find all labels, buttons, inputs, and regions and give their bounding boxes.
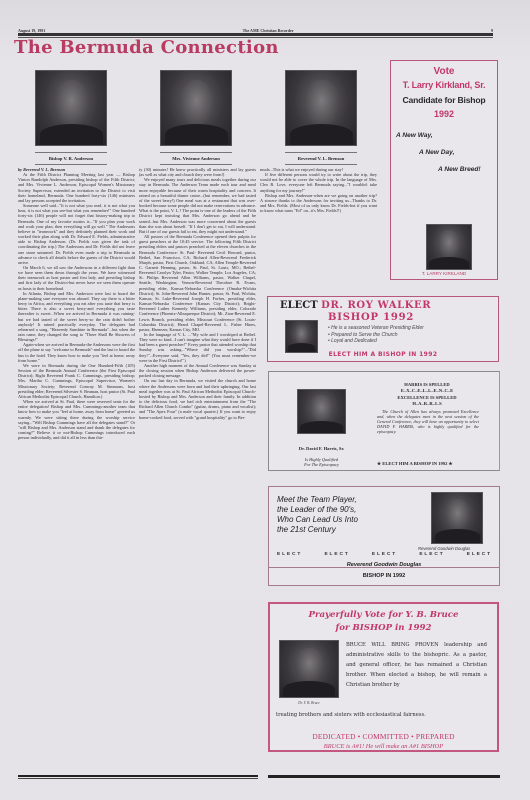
elect-label: ELECT bbox=[280, 300, 318, 311]
ad-tagline: DEDICATED • COMMITTED • PREPARED bbox=[270, 732, 497, 741]
candidate-photo bbox=[426, 224, 472, 270]
ad-slogan: BRUCE is A#1! He will make an A#1 BISHOP bbox=[270, 743, 497, 750]
ad-footer: ELECT HIM A BISHOP IN 1992 bbox=[268, 351, 498, 358]
headline-line: H–A–R–R–I–S bbox=[377, 401, 477, 407]
elect-label: ELECT bbox=[419, 552, 444, 557]
candidate-title: Candidate for Bishop bbox=[391, 95, 497, 105]
headline-line: Who Can Lead Us Into bbox=[277, 515, 358, 525]
photo-vivienne-anderson bbox=[160, 70, 232, 146]
ad-headline: HARRIS IS SPELLED E–X–C–E–L–L–E–N–C–E EX… bbox=[377, 382, 477, 407]
election-year: 1992 bbox=[391, 109, 497, 119]
paragraph: On March 6, we all saw the Andersons in … bbox=[18, 265, 135, 291]
candidate-name: T. Larry Kirkland, Sr. bbox=[391, 80, 497, 90]
list-item: Loyal and Dedicated bbox=[328, 338, 424, 345]
headline-line: for BISHOP in 1992 bbox=[270, 622, 497, 635]
candidate-photo bbox=[431, 492, 483, 544]
ad-headline: Prayerfully Vote for Y. B. Bruce for BIS… bbox=[270, 609, 497, 635]
headline-line: the Leader of the 90's, bbox=[277, 505, 358, 515]
ad-footer: BISHOP IN 1992 bbox=[269, 573, 499, 579]
qualifications-list: He is a seasoned Veteran Presiding Elder… bbox=[328, 325, 424, 345]
footer-rule-thin bbox=[18, 778, 258, 779]
photo-caption: Reverend V. L. Brenson bbox=[285, 152, 357, 165]
qualification-line: For The Episcopacy bbox=[269, 462, 374, 467]
paragraph: We enjoyed many tours and delicious meal… bbox=[139, 177, 256, 234]
ad-bruce: Prayerfully Vote for Y. B. Bruce for BIS… bbox=[268, 602, 499, 752]
photo-bishop-anderson bbox=[35, 70, 107, 146]
qualification-note: Is Highly Qualified For The Episcopacy bbox=[269, 457, 374, 467]
photo-caption: Bishop V. R. Anderson bbox=[35, 152, 107, 165]
candidate-photo bbox=[297, 389, 346, 434]
ad-vote-heading: Vote bbox=[391, 66, 497, 77]
paragraph: We were in Bermuda during the One Hundre… bbox=[18, 363, 135, 399]
candidate-name: Dr. David F. Harris, Sr. bbox=[269, 446, 374, 451]
photo-caption: Mrs. Vivienne Anderson bbox=[160, 152, 232, 165]
photo-caption: T. LARRY KIRKLAND bbox=[391, 271, 497, 276]
headline-line: Prayerfully Vote for Y. B. Bruce bbox=[270, 609, 497, 622]
paragraph: In Atlanta, Bishop and Mrs. Anderson wer… bbox=[18, 291, 135, 343]
ad-kirkland: Vote T. Larry Kirkland, Sr. Candidate fo… bbox=[390, 60, 498, 280]
footer-rule bbox=[18, 775, 258, 777]
footer-rule-right bbox=[268, 775, 500, 778]
elect-row: ELECT ELECT ELECT ELECT ELECT bbox=[277, 552, 492, 557]
ad-walker: ELECT DR. ROY WALKER BISHOP 1992 He is a… bbox=[267, 296, 499, 362]
publication-name: The AME Christian Recorder bbox=[243, 28, 294, 33]
ad-headline: ELECT DR. ROY WALKER bbox=[280, 300, 431, 311]
elect-label: ELECT bbox=[277, 552, 302, 557]
slogan-line: A New Day, bbox=[419, 149, 497, 156]
header-rule bbox=[18, 33, 493, 36]
newspaper-page: August 19, 1991 The AME Christian Record… bbox=[0, 0, 530, 800]
paragraph: All pastors of the Bermuda Conference op… bbox=[139, 234, 256, 332]
paragraph: ty (30) minutes! He knew practically all… bbox=[139, 167, 256, 177]
page-number: 9 bbox=[491, 28, 493, 33]
photo-caption: Reverend Goodwin Douglas bbox=[418, 546, 470, 551]
paragraph: Again-when we arrived in Bermuda-the And… bbox=[18, 342, 135, 363]
slogan-line: A New Breed! bbox=[438, 166, 497, 173]
list-item: He is a seasoned Veteran Presiding Elder bbox=[328, 325, 424, 332]
paragraph: At the Fifth District Planning Meeting l… bbox=[18, 172, 135, 203]
ad-douglas: Meet the Team Player, the Leader of the … bbox=[268, 486, 500, 568]
candidate-photo bbox=[279, 640, 339, 698]
headline-line: Meet the Team Player, bbox=[277, 495, 358, 505]
photo-reverend-brenson bbox=[285, 70, 357, 146]
headline-line: the 21st Century bbox=[277, 525, 358, 535]
article-column-3: muda...This is what we enjoyed during ou… bbox=[260, 167, 377, 292]
article-column-2: ty (30) minutes! He knew practically all… bbox=[139, 167, 256, 775]
paragraph: Someone well said..."It is not what you … bbox=[18, 203, 135, 265]
paragraph: Another high moment of the Annual Confer… bbox=[139, 363, 256, 378]
photo-caption: Dr. Y. B. Bruce bbox=[279, 701, 339, 705]
paragraph: In the language of V. L. ..."My wife and… bbox=[139, 332, 256, 363]
elect-label: ELECT bbox=[467, 552, 492, 557]
ad-body: BRUCE WILL BRING PROVEN leadership and a… bbox=[346, 640, 487, 690]
article-column-1: by Reverend V. L. Brenson At the Fifth D… bbox=[18, 167, 135, 775]
ad-subheadline: BISHOP 1992 bbox=[328, 312, 414, 323]
ad-harris: Dr. David F. Harris, Sr. Is Highly Quali… bbox=[268, 371, 500, 471]
paragraph: On our last day in Bermuda, we visited t… bbox=[139, 378, 256, 419]
elect-label: ELECT bbox=[324, 552, 349, 557]
issue-date: August 19, 1991 bbox=[18, 28, 45, 33]
candidate-photo bbox=[285, 320, 318, 353]
paragraph: When we arrived at St. Paul, there were … bbox=[18, 399, 135, 440]
elect-label: ELECT bbox=[372, 552, 397, 557]
slogan-line: A New Way, bbox=[396, 132, 497, 139]
ad-footer: ★ ELECT HIM A BISHOP IN 1992 ★ bbox=[377, 461, 479, 467]
ad-body: The Church of Allen has always promoted … bbox=[377, 409, 479, 434]
ad-headline: Meet the Team Player, the Leader of the … bbox=[277, 495, 358, 535]
ad-body-continued: treating brothers and sisters with eccle… bbox=[276, 710, 487, 720]
article-title: The Bermuda Connection bbox=[14, 37, 279, 58]
ad-douglas-footer: BISHOP IN 1992 bbox=[268, 568, 500, 586]
candidate-name: DR. ROY WALKER bbox=[321, 300, 431, 311]
paragraph: Bishop and Mrs. Anderson-when are we goi… bbox=[260, 193, 377, 214]
paragraph: If five different persons would try to w… bbox=[260, 172, 377, 193]
list-item: Prepared to Serve the Church bbox=[328, 332, 424, 339]
